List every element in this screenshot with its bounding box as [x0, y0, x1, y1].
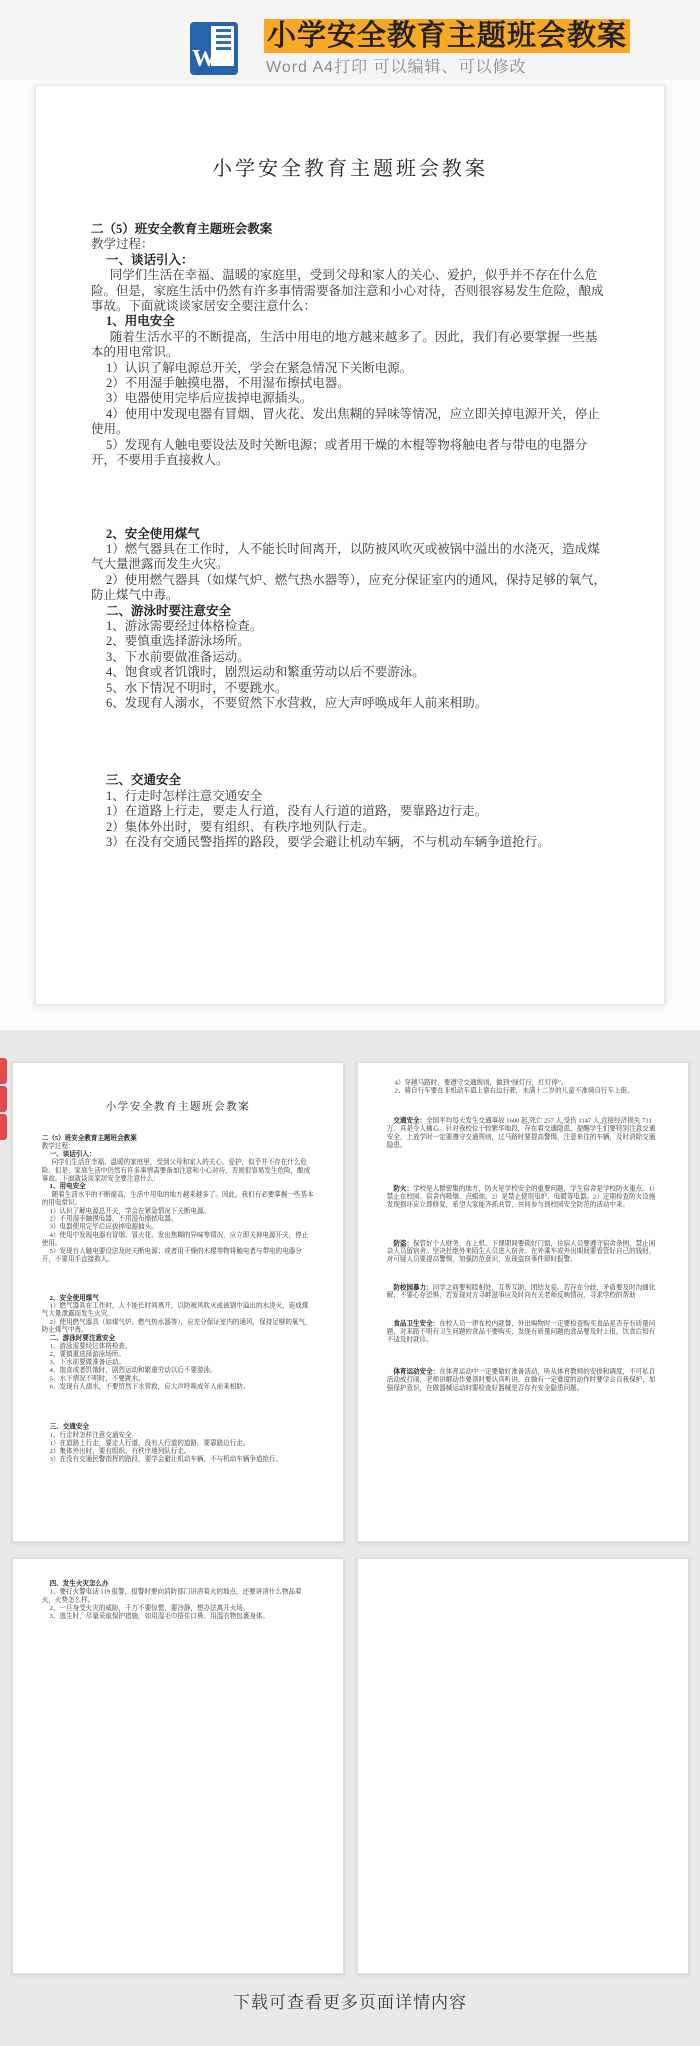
document-preview-page-1[interactable]: 小学安全教育主题班会教案二（5）班安全教育主题班会教案教学过程：一、谈话引入：同… [35, 85, 665, 1005]
doc-spacer [387, 1149, 659, 1185]
doc-spacer [387, 1300, 659, 1320]
doc-line: 1）认识了解电源总开关，学会在紧急情况下关断电源。 [42, 1207, 314, 1215]
thumbnail-page-1[interactable]: 小学安全教育主题班会教案二（5）班安全教育主题班会教案教学过程：一、谈话引入：同… [12, 1062, 344, 1542]
doc-line: 4）使用中发现电器有冒烟、冒火花、发出焦糊的异味等情况，应立即关掉电源开关，停止… [91, 407, 609, 438]
doc-heading: 三、交通安全 [42, 1423, 314, 1431]
doc-line: 4、饱食或者饥饿时，剧烈运动和繁重劳动以后不要游泳。 [91, 665, 609, 680]
doc-line: 2）使用燃气器具（如煤气炉、燃气热水器等），应充分保证室内的通风，保持足够的氧气… [42, 1318, 314, 1334]
doc-line: 1、行走时怎样注意交通安全 [91, 789, 609, 804]
doc-label: 体育运动安全： [393, 1368, 439, 1375]
doc-heading: 2、安全使用煤气 [42, 1294, 314, 1302]
doc-line: 1、游泳需要经过体格检查。 [91, 619, 609, 634]
word-icon-letter: W [192, 47, 216, 71]
doc-line: 4）使用中发现电器有冒烟、冒火花、发出焦糊的异味等情况，应立即关掉电源开关，停止… [42, 1231, 314, 1247]
doc-line: 2）不用湿手触摸电器，不用湿布擦拭电器。 [91, 376, 609, 391]
doc-line: 6、发现有人溺水，不要贸然下水营救，应大声呼唤成年人前来相助。 [42, 1383, 314, 1391]
doc-line: 4）穿越马路时，要遵守交通规则，做到“绿灯行，红灯停”。 [387, 1079, 659, 1087]
doc-label: 防盗： [393, 1239, 413, 1246]
thumbnail-page-3-content: 四、发生火灾怎么办1、要打火警电话 119 报警，报警时要向消防部门讲清着火的地… [13, 1559, 343, 1974]
doc-spacer [387, 1209, 659, 1239]
thumbnail-page-4-content [358, 1559, 688, 1974]
doc-line: 教学过程： [91, 237, 609, 252]
doc-line: 3）电器使用完毕后应拔掉电源插头。 [91, 391, 609, 406]
doc-paragraph: 交通安全：全国平均每天发生交通事故 1600 起,死亡 257 人,受伤 114… [387, 1117, 659, 1149]
doc-line: 3）在没有交通民警指挥的路段，要学会避让机动车辆，不与机动车辆争道抢行。 [42, 1455, 314, 1463]
doc-line: 5、水下情况不明时，不要跳水。 [42, 1374, 314, 1382]
doc-heading: 一、谈话引入： [91, 253, 609, 268]
doc-line: 3、下水前要做准备运动。 [91, 650, 609, 665]
left-edge-button[interactable] [0, 1114, 7, 1140]
doc-line: 3）电器使用完毕后应拔掉电源插头。 [42, 1223, 314, 1231]
doc-paragraph: 防火：学校是人群密集的地方，防火是学校安全的重要问题，学生宿舍是学校防火重点。1… [387, 1185, 659, 1209]
doc-paragraph: 体育运动安全：在体育运动中一定要做好准备活动，听从体育教师的安排和调度，不可私自… [387, 1368, 659, 1392]
doc-heading: 四、发生火灾怎么办 [42, 1580, 314, 1588]
doc-line: 5）发现有人触电要设法及时关断电源；或者用干燥的木棍等物将触电者与带电的电器分开… [42, 1247, 314, 1263]
doc-heading: 二（5）班安全教育主题班会教案 [42, 1134, 314, 1142]
doc-line: 1）燃气器具在工作时，人不能长时间离开，以防被风吹灭或被锅中溢出的水浇灭，造成煤… [42, 1302, 314, 1318]
doc-spacer [91, 711, 609, 773]
doc-spacer [387, 1095, 659, 1117]
thumbnail-page-2[interactable]: 4）穿越马路时，要遵守交通规则，做到“绿灯行，红灯停”。2、骑自行车要在非机动车… [357, 1062, 689, 1542]
doc-label: 防火： [393, 1185, 413, 1192]
page-title-highlight: 小学安全教育主题班会教案 [264, 19, 630, 53]
left-edge-button[interactable] [0, 1086, 7, 1112]
doc-label: 交通安全： [393, 1117, 426, 1124]
doc-paragraph: 防校园暴力：同学之间要和睦相处，互帮互助，团结友爱。若存在分歧，矛盾要及时沟通化… [387, 1283, 659, 1299]
doc-line: 1）燃气器具在工作时，人不能长时间离开，以防被风吹灭或被锅中溢出的水浇灭，造成煤… [91, 542, 609, 573]
doc-line: 2、要慎重选择游泳场所。 [91, 634, 609, 649]
doc-line: 2）集体外出时，要有组织、有秩序地列队行走。 [42, 1447, 314, 1455]
doc-heading: 三、交通安全 [91, 773, 609, 788]
left-edge-button[interactable] [0, 1058, 7, 1084]
doc-line: 5、水下情况不明时，不要跳水。 [91, 681, 609, 696]
thumbnail-page-2-content: 4）穿越马路时，要遵守交通规则，做到“绿灯行，红灯停”。2、骑自行车要在非机动车… [358, 1063, 688, 1542]
doc-line: 2、要慎重选择游泳场所。 [42, 1350, 314, 1358]
doc-line: 同学们生活在幸福、温暖的家庭里，受到父母和家人的关心、爱护，似乎并不存在什么危险… [91, 268, 609, 314]
doc-line: 6、发现有人溺水，不要贸然下水营救，应大声呼唤成年人前来相助。 [91, 696, 609, 711]
doc-spacer [387, 1344, 659, 1368]
doc-heading: 二（5）班安全教育主题班会教案 [91, 222, 609, 237]
document-title: 小学安全教育主题班会教案 [91, 156, 609, 182]
doc-label: 防校园暴力： [393, 1283, 432, 1290]
word-icon: W [190, 22, 238, 75]
doc-line: 1）在道路上行走，要走人行道，没有人行道的道路，要靠路边行走。 [91, 804, 609, 819]
doc-line: 2、一旦身受火灾的威胁，千万不要惊慌，要冷静，想办法离开火场。 [42, 1604, 314, 1612]
doc-line: 5）发现有人触电要设法及时关断电源；或者用干燥的木棍等物将触电者与带电的电器分开… [91, 438, 609, 469]
doc-line: 1、行走时怎样注意交通安全 [42, 1431, 314, 1439]
doc-spacer [42, 1263, 314, 1293]
doc-line: 随着生活水平的不断提高，生活中用电的地方越来越多了。因此，我们有必要掌握一些基本… [42, 1191, 314, 1207]
doc-line: 3）在没有交通民警指挥的路段，要学会避让机动车辆，不与机动车辆争道抢行。 [91, 835, 609, 850]
doc-heading: 二、游泳时要注意安全 [42, 1334, 314, 1342]
doc-heading: 2、安全使用煤气 [91, 527, 609, 542]
doc-line: 2、骑自行车要在非机动车道上靠右边行驶，未满十二岁的儿童不准骑自行车上街。 [387, 1087, 659, 1095]
thumbnail-page-1-content: 小学安全教育主题班会教案二（5）班安全教育主题班会教案教学过程：一、谈话引入：同… [13, 1063, 343, 1542]
doc-paragraph: 防盗：保管好个人财务，在上机、下课期间要锁好门窗，住宿人员要遵守宿舍条例，禁止闲… [387, 1239, 659, 1263]
doc-line: 1）认识了解电源总开关，学会在紧急情况下关断电源。 [91, 361, 609, 376]
page-title: 小学安全教育主题班会教案 [264, 13, 630, 54]
left-edge-float-buttons [0, 1058, 7, 1142]
doc-line: 2）使用燃气器具（如煤气炉、燃气热水器等），应充分保证室内的通风，保持足够的氧气… [91, 573, 609, 604]
thumbnail-page-3[interactable]: 四、发生火灾怎么办1、要打火警电话 119 报警，报警时要向消防部门讲清着火的地… [12, 1558, 344, 1974]
doc-label: 食品卫生安全： [393, 1319, 439, 1326]
footer-caption: 下载可查看更多页面详情内容 [0, 1988, 700, 2013]
doc-line: 4、饱食或者饥饿时，剧烈运动和繁重劳动以后不要游泳。 [42, 1366, 314, 1374]
doc-line: 教学过程： [42, 1142, 314, 1150]
doc-heading: 二、游泳时要注意安全 [91, 604, 609, 619]
doc-line: 3、逃生时，尽量采取保护措施，如用湿毛巾捂住口鼻、用湿衣物包裹身体。 [42, 1612, 314, 1620]
doc-line: 1）在道路上行走，要走人行道，没有人行道的道路，要靠路边行走。 [42, 1439, 314, 1447]
doc-paragraph: 食品卫生安全：在校人员一律在校内就餐，外出购物时一定要检查购买食品是否存有质量问… [387, 1319, 659, 1343]
doc-heading: 1、用电安全 [42, 1183, 314, 1191]
doc-spacer [42, 1391, 314, 1423]
page-subtitle: Word A4打印 可以编辑、可以修改 [266, 54, 527, 77]
doc-line: 2）集体外出时，要有组织、有秩序地列队行走。 [91, 820, 609, 835]
doc-heading: 一、谈话引入： [42, 1150, 314, 1158]
document-title: 小学安全教育主题班会教案 [42, 1100, 314, 1114]
doc-heading: 1、用电安全 [91, 314, 609, 329]
doc-spacer [91, 469, 609, 527]
doc-line: 随着生活水平的不断提高，生活中用电的地方越来越多了。因此，我们有必要掌握一些基本… [91, 330, 609, 361]
doc-line: 1、游泳需要经过体格检查。 [42, 1342, 314, 1350]
thumbnail-page-4[interactable] [357, 1558, 689, 1974]
doc-spacer [387, 1264, 659, 1284]
doc-line: 1、要打火警电话 119 报警，报警时要向消防部门讲清着火的地点，还要讲清什么物… [42, 1588, 314, 1604]
doc-line: 同学们生活在幸福、温暖的家庭里，受到父母和家人的关心、爱护，似乎并不存在什么危险… [42, 1158, 314, 1182]
doc-line: 3、下水前要做准备运动。 [42, 1358, 314, 1366]
